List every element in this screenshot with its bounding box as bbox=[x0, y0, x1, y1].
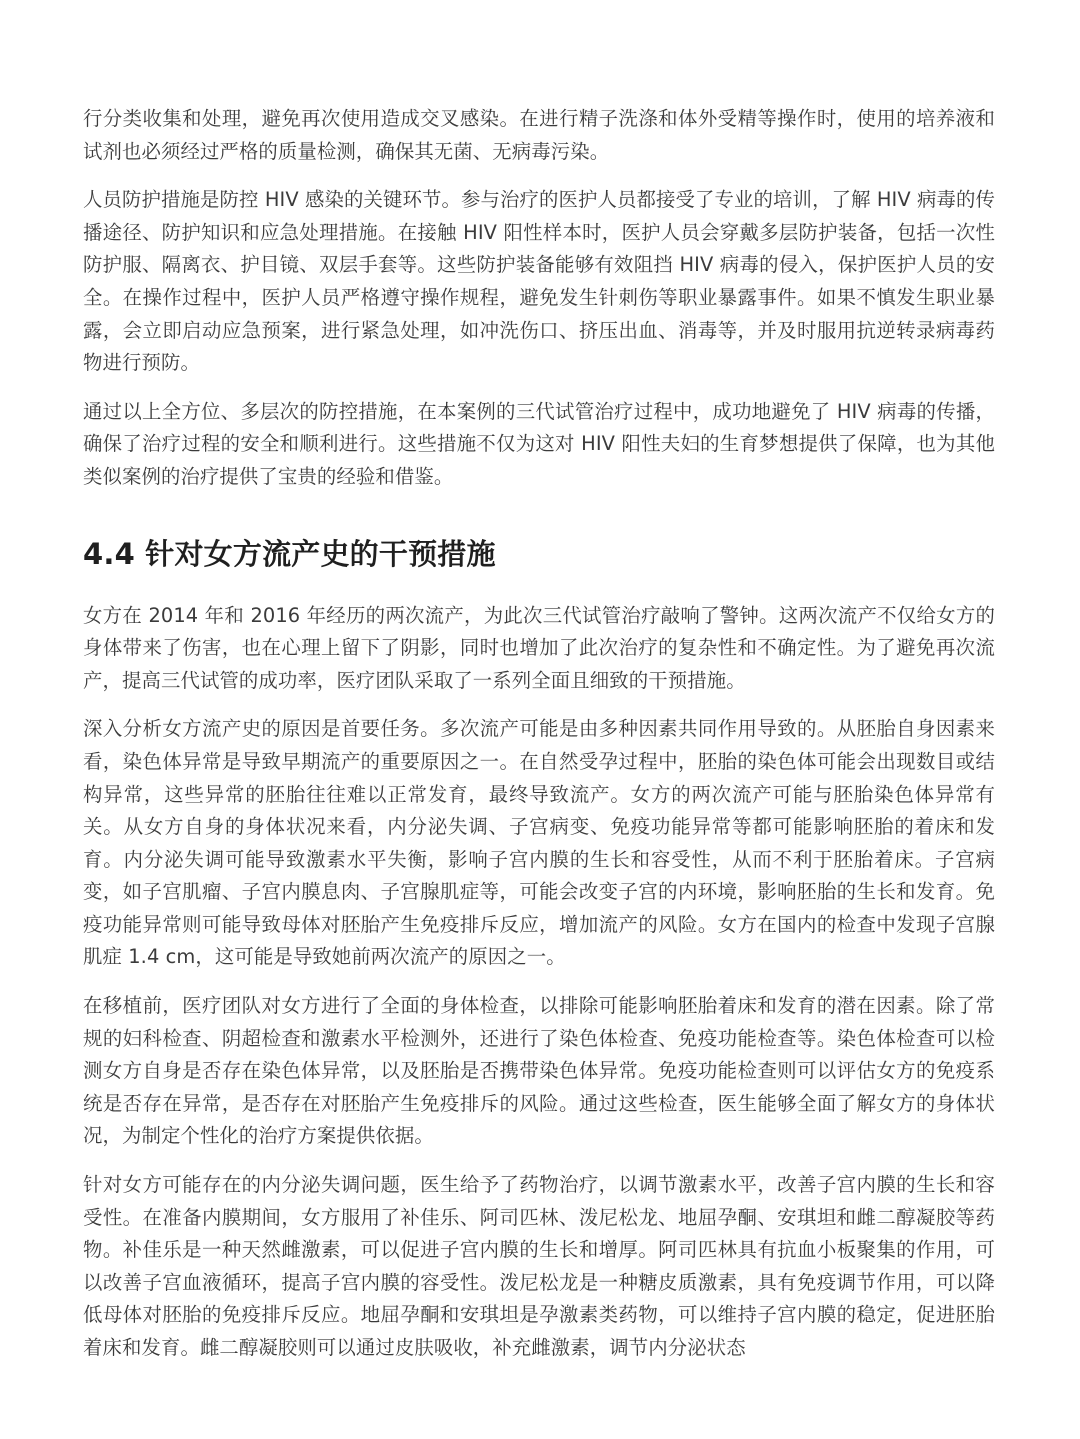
paragraph-culture-reagents: 行分类收集和处理，避免再次使用造成交叉感染。在进行精子洗涤和体外受精等操作时，使… bbox=[83, 103, 995, 168]
paragraph-prevention-summary: 通过以上全方位、多层次的防控措施，在本案例的三代试管治疗过程中，成功地避免了 H… bbox=[83, 396, 995, 494]
document-page: 行分类收集和处理，避免再次使用造成交叉感染。在进行精子洗涤和体外受精等操作时，使… bbox=[83, 103, 995, 1381]
section-heading: 4.4 针对女方流产史的干预措施 bbox=[83, 534, 995, 574]
paragraph-miscarriage-history: 女方在 2014 年和 2016 年经历的两次流产，为此次三代试管治疗敲响了警钟… bbox=[83, 600, 995, 698]
paragraph-medication-treatment: 针对女方可能存在的内分泌失调问题，医生给予了药物治疗，以调节激素水平，改善子宫内… bbox=[83, 1169, 995, 1365]
paragraph-personnel-protection: 人员防护措施是防控 HIV 感染的关键环节。参与治疗的医护人员都接受了专业的培训… bbox=[83, 184, 995, 380]
paragraph-pre-transfer-exams: 在移植前，医疗团队对女方进行了全面的身体检查，以排除可能影响胚胎着床和发育的潜在… bbox=[83, 990, 995, 1153]
paragraph-cause-analysis: 深入分析女方流产史的原因是首要任务。多次流产可能是由多种因素共同作用导致的。从胚… bbox=[83, 713, 995, 974]
